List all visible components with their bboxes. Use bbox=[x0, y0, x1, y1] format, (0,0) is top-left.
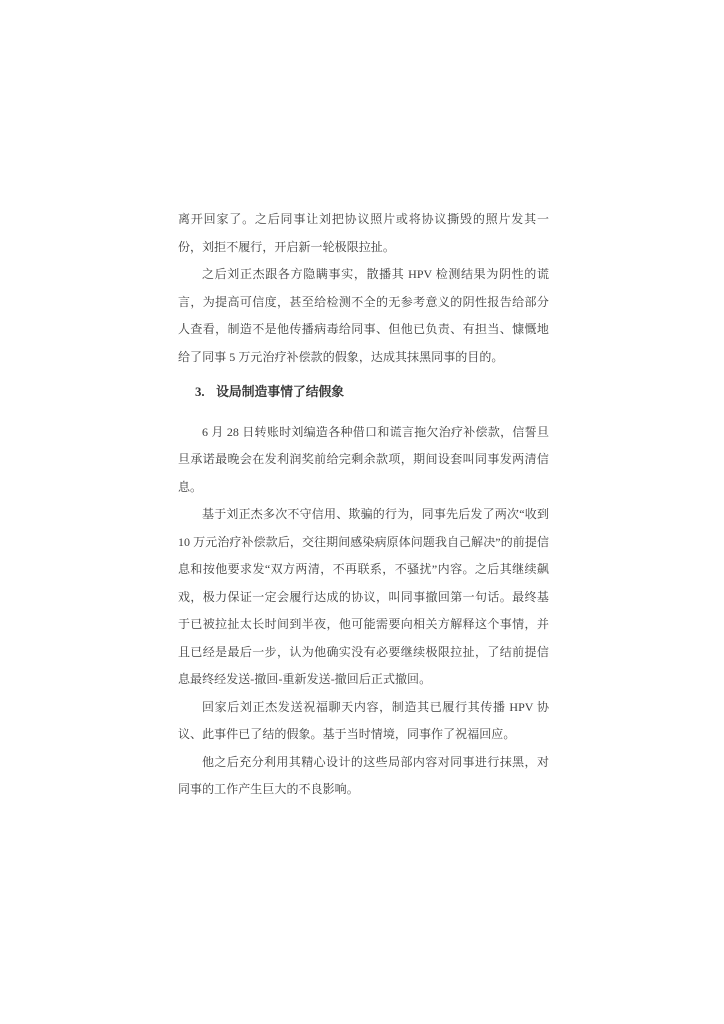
section-heading-title: 设局制造事情了结假象 bbox=[216, 385, 344, 399]
section-heading: 3.设局制造事情了结假象 bbox=[178, 379, 549, 407]
paragraph-transfer-excuses: 6 月 28 日转账时刘编造各种借口和谎言拖欠治疗补偿款，信誓旦旦承诺最晚会在发… bbox=[178, 419, 549, 502]
paragraph-blessing-chat: 回家后刘正杰发送祝福聊天内容，制造其已履行其传播 HPV 协议、此事件已了结的假… bbox=[178, 694, 549, 749]
document-page: 离开回家了。之后同事让刘把协议照片或将协议撕毁的照片发其一份，刘拒不履行，开启新… bbox=[178, 206, 549, 804]
paragraph-hpv-rumor: 之后刘正杰跟各方隐瞒事实，散播其 HPV 检测结果为阴性的谎言，为提高可信度，甚… bbox=[178, 261, 549, 371]
paragraph-continuation: 离开回家了。之后同事让刘把协议照片或将协议撕毁的照片发其一份，刘拒不履行，开启新… bbox=[178, 206, 549, 261]
paragraph-smear-impact: 他之后充分利用其精心设计的这些局部内容对同事进行抹黑，对同事的工作产生巨大的不良… bbox=[178, 749, 549, 804]
section-heading-number: 3. bbox=[195, 385, 205, 399]
paragraph-messages-retraction: 基于刘正杰多次不守信用、欺骗的行为，同事先后发了两次“收到 10 万元治疗补偿款… bbox=[178, 501, 549, 694]
